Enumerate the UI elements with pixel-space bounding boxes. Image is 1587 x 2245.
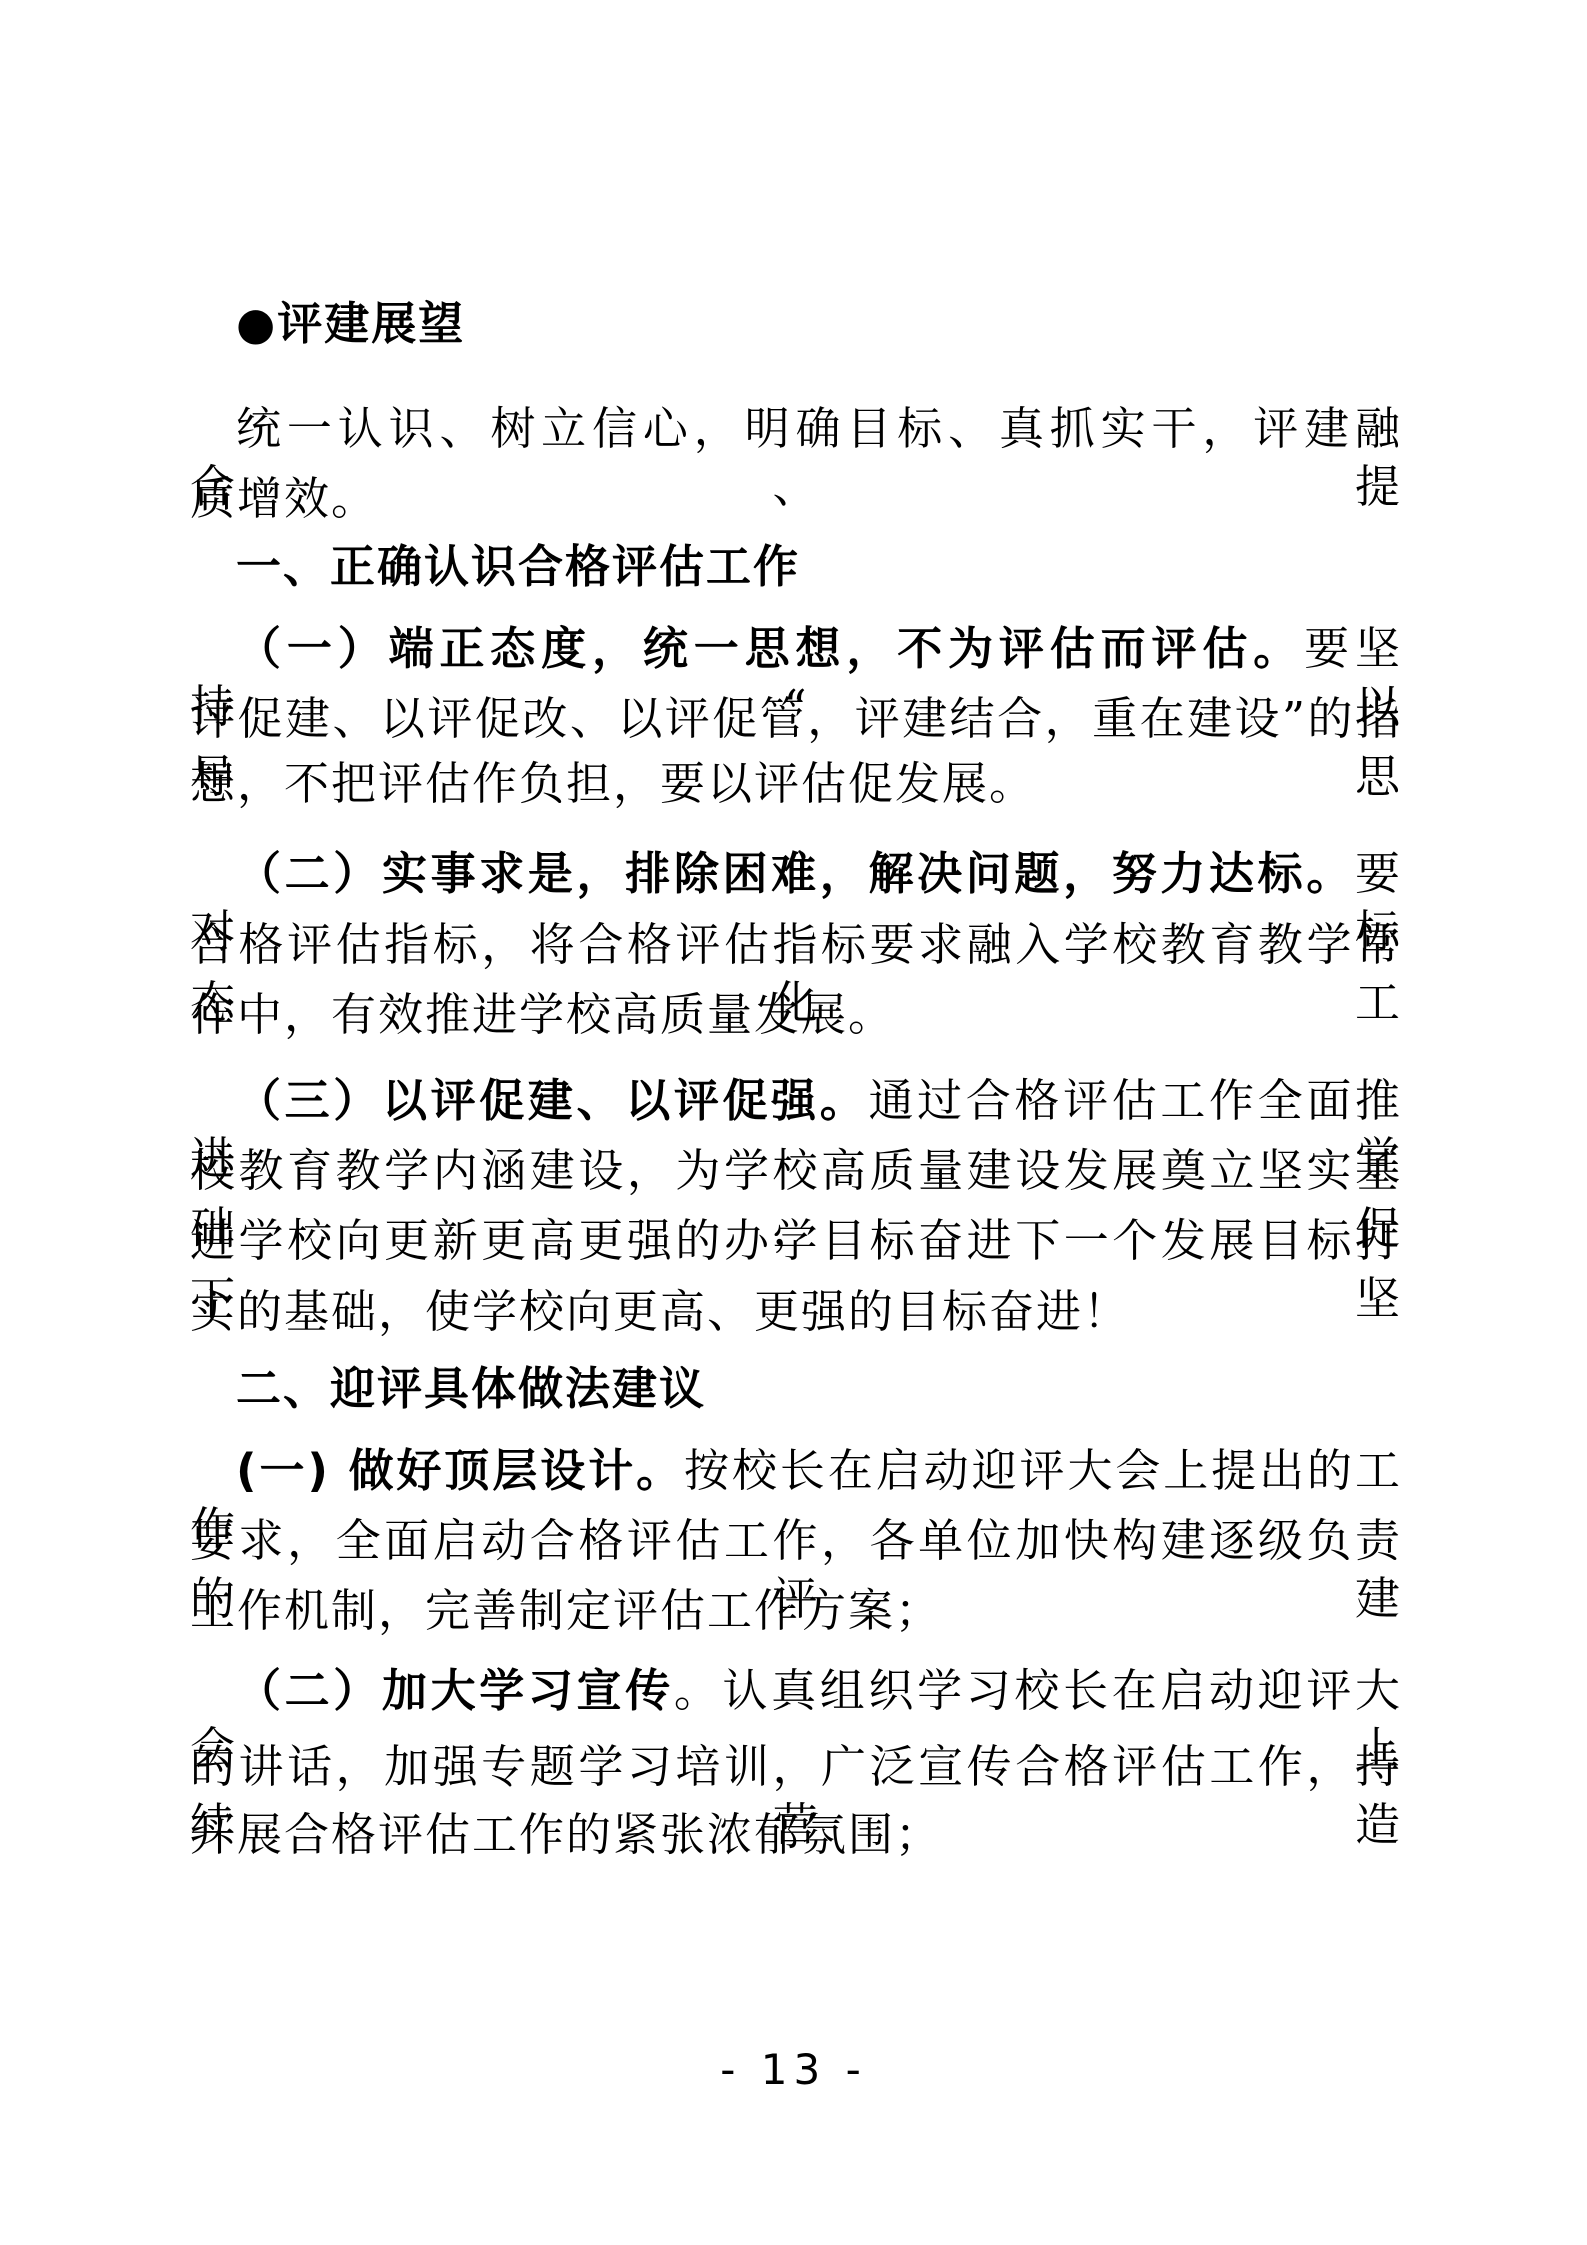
- text-segment: 二、迎评具体做法建议: [236, 1362, 706, 1415]
- text-segment: 实的基础，使学校向更高、更强的目标奋进！: [190, 1285, 1130, 1338]
- paragraph-line: 质增效。: [190, 470, 1402, 528]
- section-heading-line: 二、迎评具体做法建议: [190, 1360, 1402, 1418]
- page-number: - 13 -: [0, 2045, 1587, 2095]
- text-segment: (一) 做好顶层设计。: [236, 1444, 684, 1497]
- text-segment: （二）实事求是，排除困难，解决问题，努力达标。: [236, 847, 1355, 900]
- text-segment: （二）加大学习宣传: [236, 1664, 674, 1717]
- paragraph-line: 作中，有效推进学校高质量发展。: [190, 986, 1402, 1044]
- paragraph-line: 开展合格评估工作的紧张浓郁氛围；: [190, 1806, 1402, 1864]
- paragraph-line: 实的基础，使学校向更高、更强的目标奋进！: [190, 1283, 1402, 1341]
- paragraph-line: 想，不把评估作负担，要以评估促发展。: [190, 755, 1402, 813]
- text-segment: 一、正确认识合格评估工作: [236, 540, 800, 593]
- text-segment: （一）端正态度，统一思想，不为评估而评估。: [236, 622, 1304, 675]
- document-page: ●评建展望统一认识、树立信心，明确目标、真抓实干，评建融合、提质增效。一、正确认…: [0, 0, 1587, 2245]
- section-title: 评建展望: [277, 297, 465, 350]
- text-segment: 作中，有效推进学校高质量发展。: [190, 988, 895, 1041]
- text-segment: （三）以评促建、以评促强。: [236, 1074, 868, 1127]
- text-segment: 开展合格评估工作的紧张浓郁氛围；: [190, 1808, 942, 1861]
- section-heading-line: 一、正确认识合格评估工作: [190, 538, 1402, 596]
- bullet-icon: ●: [236, 297, 277, 350]
- paragraph-line: 工作机制，完善制定评估工作方案；: [190, 1582, 1402, 1640]
- text-segment: 想，不把评估作负担，要以评估促发展。: [190, 757, 1036, 810]
- text-segment: 工作机制，完善制定评估工作方案；: [190, 1584, 942, 1637]
- text-segment: 质增效。: [190, 472, 378, 525]
- bullet-heading-line: ●评建展望: [190, 295, 1402, 353]
